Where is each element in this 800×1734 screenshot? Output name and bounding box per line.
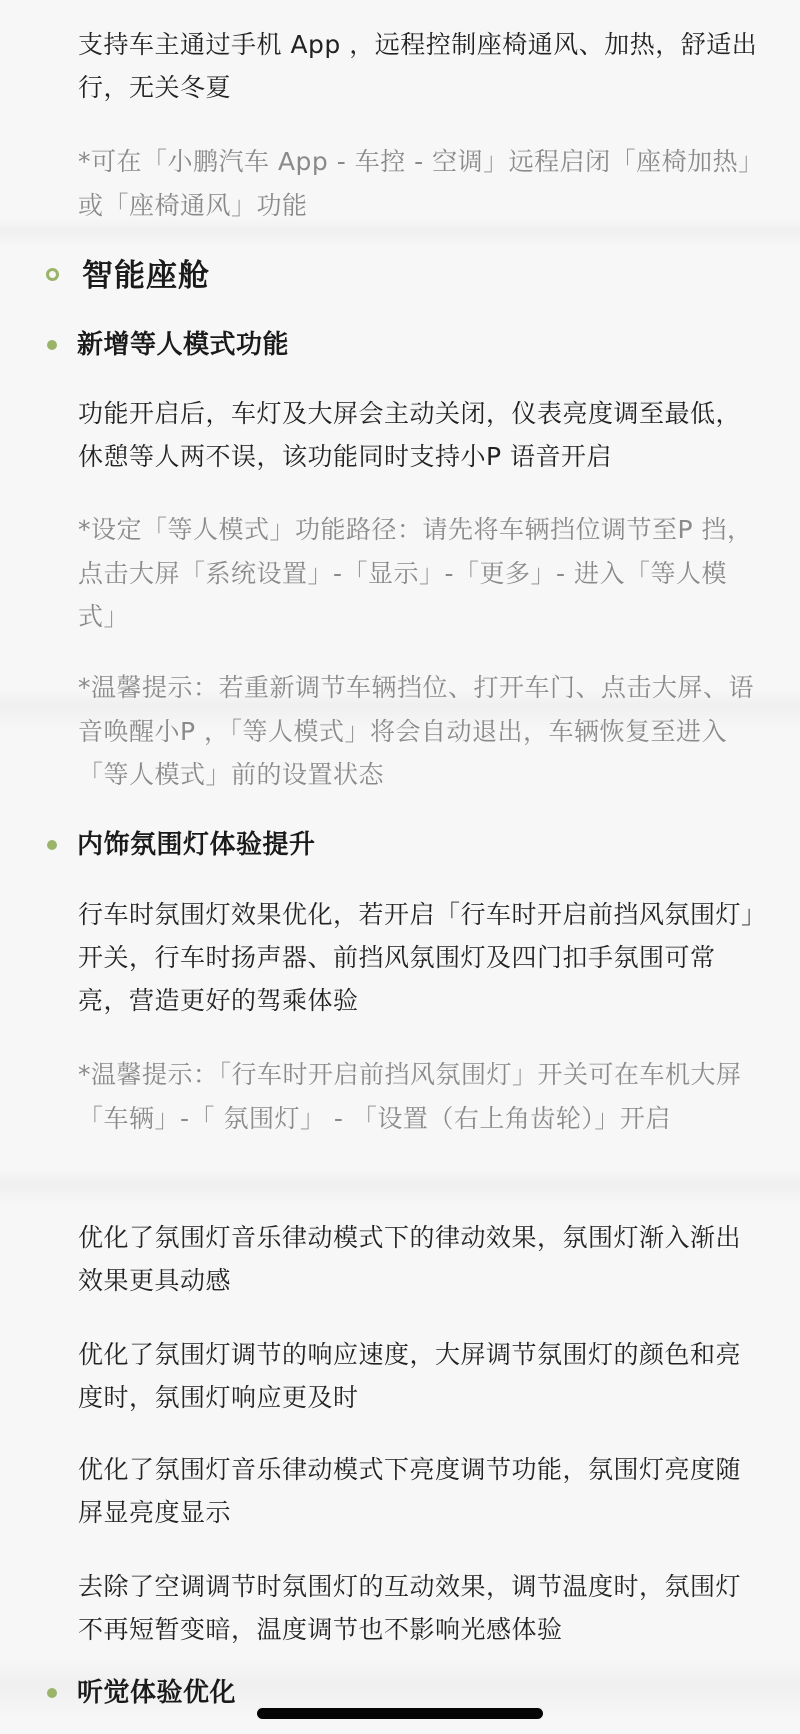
ambient-light-body-4: 优化了氛围灯音乐律动模式下亮度调节功能，氛围灯亮度随屏显亮度显示 <box>78 1448 758 1534</box>
subsection-title-ambient-light: 内饰氛围灯体验提升 <box>77 827 316 863</box>
section-title: 智能座舱 <box>82 256 210 296</box>
subsection-dot-bullet-icon <box>47 340 57 350</box>
subsection-dot-bullet-icon <box>47 1688 57 1698</box>
ambient-light-body-5: 去除了空调调节时氛围灯的互动效果，调节温度时，氛围灯不再短暂变暗，温度调节也不影… <box>78 1565 758 1651</box>
ambient-light-body-1: 行车时氛围灯效果优化，若开启「行车时开启前挡风氛围灯」开关，行车时扬声器、前挡风… <box>78 893 758 1022</box>
waiting-mode-tip-note: *温馨提示：若重新调节车辆挡位、打开车门、点击大屏、语音唤醒小P ，「等人模式」… <box>78 666 758 797</box>
subsection-title-waiting-mode: 新增等人模式功能 <box>77 327 289 363</box>
ambient-light-tip-note: *温馨提示：「行车时开启前挡风氛围灯」开关可在车机大屏「车辆」-「 氛围灯」 -… <box>78 1053 758 1140</box>
subsection-dot-bullet-icon <box>47 840 57 850</box>
waiting-mode-path-note: *设定「等人模式」功能路径：请先将车辆挡位调节至P 挡，点击大屏「系统设置」-「… <box>78 508 758 639</box>
intro-body-text: 支持车主通过手机 App ，远程控制座椅通风、加热，舒适出行，无关冬夏 <box>78 23 758 109</box>
waiting-mode-body: 功能开启后，车灯及大屏会主动关闭，仪表亮度调至最低，休憩等人两不误，该功能同时支… <box>78 392 758 478</box>
release-notes-page[interactable]: 支持车主通过手机 App ，远程控制座椅通风、加热，舒适出行，无关冬夏 *可在「… <box>0 0 800 1734</box>
ambient-light-body-3: 优化了氛围灯调节的响应速度，大屏调节氛围灯的颜色和亮度时，氛围灯响应更及时 <box>78 1333 758 1419</box>
intro-note-text: *可在「小鹏汽车 App - 车控 - 空调」远程启闭「座椅加热」或「座椅通风」… <box>78 140 758 227</box>
background-band <box>0 1170 800 1206</box>
subsection-title-audio: 听觉体验优化 <box>77 1675 236 1711</box>
home-indicator[interactable] <box>257 1708 543 1719</box>
section-ring-bullet-icon <box>46 268 59 281</box>
ambient-light-body-2: 优化了氛围灯音乐律动模式下的律动效果，氛围灯渐入渐出效果更具动感 <box>78 1216 758 1302</box>
